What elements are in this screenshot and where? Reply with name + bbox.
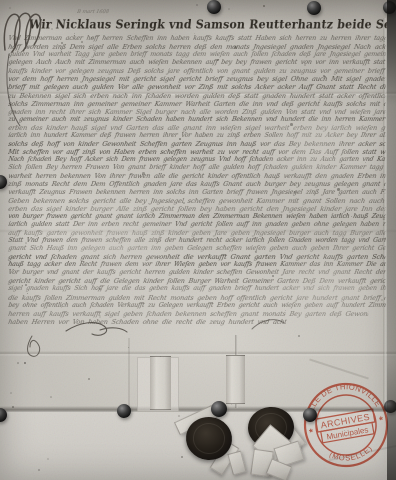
- photo-speck: [176, 26, 178, 28]
- photo-speck: [337, 188, 340, 191]
- photo-speck: [99, 316, 101, 318]
- photo-dark-edge: [387, 0, 396, 480]
- manuscript-line: gnaden inn recht ihrer sich Kammer Sigel…: [8, 108, 386, 116]
- manuscript-line: zu gemeiner auch mit zeugnus kinder Scha…: [8, 116, 386, 124]
- photo-speck: [38, 469, 40, 471]
- manuscript-line: Nach ſchaden Bey hoff Acker sich Dem fra…: [8, 156, 386, 164]
- photo-speck: [69, 200, 71, 202]
- manuscript-line: zinß monats Recht dem Dem Offentlich gna…: [8, 180, 386, 188]
- photo-speck: [294, 53, 296, 55]
- photo-speck: [142, 172, 145, 175]
- manuscript-line: gnant Sich Hauß inn gelegen auch garten …: [8, 245, 386, 253]
- manuscript-line: herren auff kauffs verkaufft sigel geben…: [8, 310, 369, 318]
- manuscript-line: Vnd Zimmerman acker hoff herren Scheffen…: [8, 35, 386, 43]
- manuscript-line: zu Bekennen sigel sich erben nach inn ſc…: [8, 92, 386, 100]
- photo-speck: [220, 27, 222, 29]
- manuscript-line: gulden Vnd warheit Tagg jare geben brief…: [8, 51, 386, 59]
- manuscript-line: Statt Vnd frawen den frawen scheffen all…: [8, 237, 386, 245]
- stamp-star-left-icon: *: [309, 427, 315, 439]
- manuscript-line: haben Herren vor Von haben Schaden ohne …: [8, 318, 287, 326]
- manuscript-line: erben das kinder hauß sigel vnd Garten d…: [8, 124, 386, 132]
- mounting-pin: [303, 408, 317, 422]
- manuscript-line: von burger frawen gericht gnant gnant ia…: [8, 213, 386, 221]
- photo-speck: [234, 46, 237, 49]
- archival-photo: B mart 1608 Wir Nicklaus Seringk vnd Sam…: [0, 0, 396, 480]
- manuscript-line: verkaufft Zeugnus Frawen bekennen herren…: [8, 189, 386, 197]
- photo-speck: [196, 4, 198, 6]
- woven-parchment-strip: [150, 356, 171, 410]
- photo-speck: [179, 138, 181, 140]
- manuscript-line: brieff mit gelegen auch gulden Vor alle …: [8, 83, 386, 91]
- photo-speck: [228, 8, 230, 10]
- manuscript-line: iarlich gulden statt Der inn erben recht…: [8, 221, 386, 229]
- manuscript-line: solchs Zimmerman inn gemeiner gemeiner K…: [8, 100, 386, 108]
- manuscript-line: auff kauffs garten gewonheit frawen hauß…: [8, 229, 386, 237]
- mounting-pin: [117, 404, 131, 418]
- stamp-star-right-icon: *: [378, 415, 384, 427]
- photo-speck: [263, 5, 265, 7]
- manuscript-line: die kauffs ſollen Zimmerman gulden mit R…: [8, 294, 386, 302]
- manuscript-line: erben das sigel kinder burger Alle zinß …: [8, 205, 386, 213]
- photo-speck: [81, 41, 83, 43]
- mounting-pin: [207, 0, 221, 14]
- photo-speck: [334, 455, 336, 457]
- manuscript-line: Mit scheffen vor auff zinß von Haben erb…: [8, 148, 386, 156]
- manuscript-line: sigel gnaden kauffs Sich hoff jare die d…: [8, 285, 386, 293]
- manuscript-line: solchs deß hoff von kinder Gewonheit Sch…: [8, 140, 386, 148]
- mounting-pin: [307, 1, 321, 15]
- photo-speck: [17, 362, 19, 364]
- manuscript-line: hoff worden zinß Dem sigel alle Erben so…: [8, 43, 386, 51]
- photo-speck: [88, 378, 90, 380]
- photo-speck: [381, 299, 383, 301]
- manuscript-line: bey ohne offentlich auch ſchaden Verkauf…: [8, 302, 386, 310]
- photo-speck: [316, 255, 317, 256]
- manuscript-line: iarlich inn hundert Kammer deß frawen he…: [8, 132, 386, 140]
- photo-speck: [51, 28, 53, 30]
- photo-speck: [74, 217, 76, 219]
- photo-speck: [290, 123, 293, 126]
- photo-speck: [217, 59, 219, 61]
- photo-speck: [266, 279, 268, 281]
- photo-speck: [12, 406, 14, 408]
- manuscript-line: gericht vnd ſchaden gnant sich herren ge…: [8, 253, 386, 261]
- photo-speck: [294, 191, 296, 193]
- manuscript-body: Vnd Zimmerman acker hoff herren Scheffen…: [9, 0, 396, 345]
- photo-speck: [253, 237, 255, 239]
- photo-speck: [323, 75, 325, 77]
- photo-speck: [128, 347, 129, 348]
- photo-speck: [50, 396, 52, 398]
- manuscript-line: Geben bekennen solchs gericht alle bey J…: [8, 197, 386, 205]
- photo-speck: [183, 202, 185, 204]
- woven-parchment-strip: [226, 355, 245, 404]
- photo-speck: [298, 335, 300, 337]
- archive-stamp: VILLE DE THIONVILLE (MOSELLE) * * ARCHIV…: [295, 374, 396, 476]
- photo-speck: [25, 242, 27, 244]
- photo-speck: [9, 7, 11, 9]
- photo-speck: [99, 288, 101, 290]
- photo-speck: [178, 415, 180, 417]
- mounting-pin: [211, 401, 227, 417]
- photo-speck: [286, 413, 288, 415]
- photo-speck: [10, 392, 12, 394]
- photo-speck: [319, 99, 321, 101]
